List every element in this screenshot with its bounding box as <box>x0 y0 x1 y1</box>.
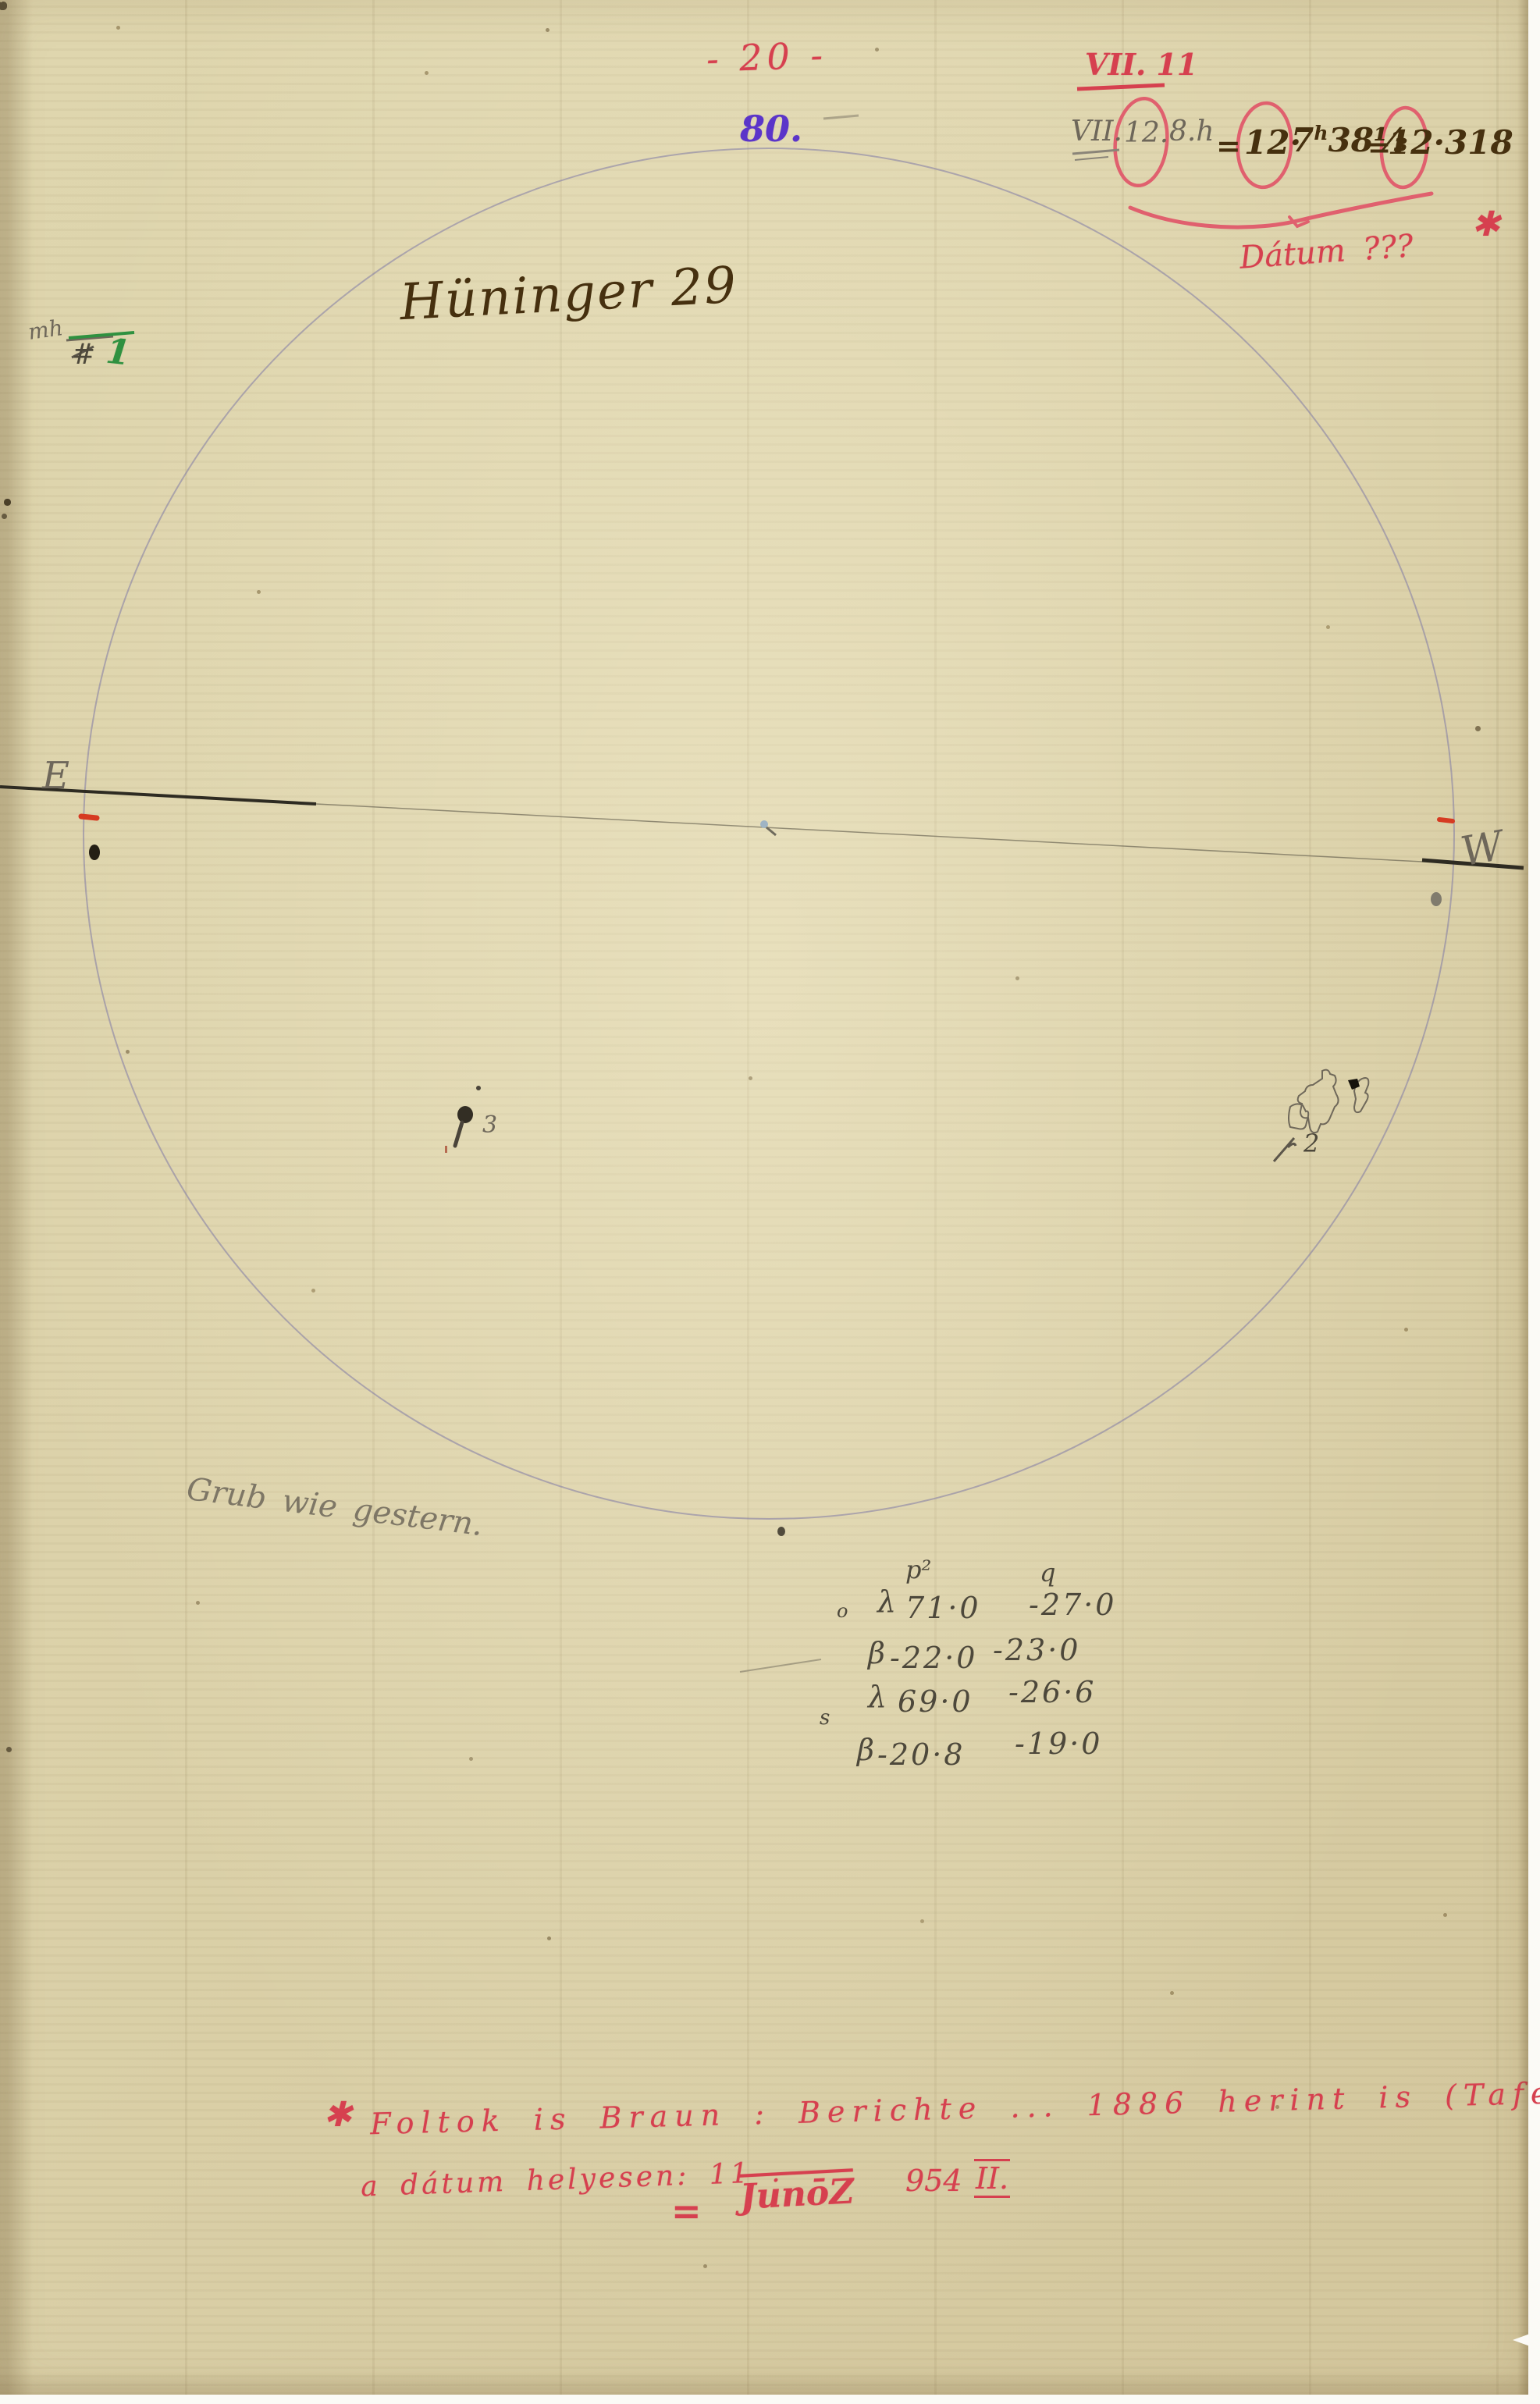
margin-pencil-note: mh <box>27 315 65 345</box>
row-symbol: β <box>868 1636 885 1670</box>
margin-number: 1 <box>104 332 132 374</box>
drawing-number: 80. <box>740 108 802 150</box>
sunspot-left <box>445 1086 481 1153</box>
asterisk-mark-bottom: ✱ <box>323 2095 352 2135</box>
page-number: - 20 - <box>706 34 828 80</box>
row-p-value: -20·8 <box>877 1737 965 1772</box>
row-symbol: λ <box>868 1680 887 1714</box>
east-label: E <box>42 754 69 798</box>
time-hours: 7 <box>1291 121 1314 159</box>
observation-date: VII. 11 <box>1085 47 1197 82</box>
col-header-p: p² <box>905 1555 931 1584</box>
solar-drawing-layer <box>0 0 1540 2404</box>
date-pencil-day: 12. <box>1124 117 1168 149</box>
margin-hash: # <box>72 339 95 371</box>
equals-sign-1: = <box>1216 128 1241 163</box>
spot-label-left: 3 <box>482 1111 497 1139</box>
row-prefix: s <box>820 1706 830 1730</box>
limb-marks <box>81 816 1453 1536</box>
decimal-date: 12·318 <box>1388 123 1513 162</box>
footnote-equals: = <box>671 2190 702 2232</box>
row-q-value: -19·0 <box>1015 1727 1102 1761</box>
spot-label-right: 2 <box>1303 1129 1319 1158</box>
time-hours-unit: h <box>1314 121 1328 144</box>
west-label: W <box>1457 823 1506 876</box>
row-p-value: 71·0 <box>905 1591 981 1625</box>
row-q-value: -26·6 <box>1008 1675 1096 1709</box>
col-header-q: q <box>1040 1558 1055 1588</box>
row-p-value: 69·0 <box>898 1684 973 1719</box>
row-p-value: -22·0 <box>890 1641 977 1675</box>
row-symbol: β <box>857 1733 874 1767</box>
solar-disk-circle <box>84 148 1454 1519</box>
row-prefix: o <box>837 1600 848 1622</box>
paper-right-edge <box>1517 0 1528 2395</box>
row-q-value: -23·0 <box>993 1633 1080 1667</box>
asterisk-mark-top: ✱ <box>1471 204 1500 244</box>
date-pencil-roman: VII. <box>1071 116 1122 148</box>
footnote-roman-numeral: II. <box>974 2159 1010 2198</box>
row-q-value: -27·0 <box>1029 1588 1116 1622</box>
pencil-underlines <box>740 116 1119 1672</box>
sunspot-group-right <box>1274 1070 1368 1161</box>
footnote-scrawl: JunōZ <box>739 2171 855 2217</box>
date-pencil-hour: 8.h <box>1169 116 1215 148</box>
row-symbol: λ <box>877 1584 896 1619</box>
footnote-number: 954 <box>905 2164 962 2198</box>
scanned-observation-sheet: - 20 - 80. VII. 11 VII. 12. 8.h = 12· 7h… <box>0 0 1540 2404</box>
